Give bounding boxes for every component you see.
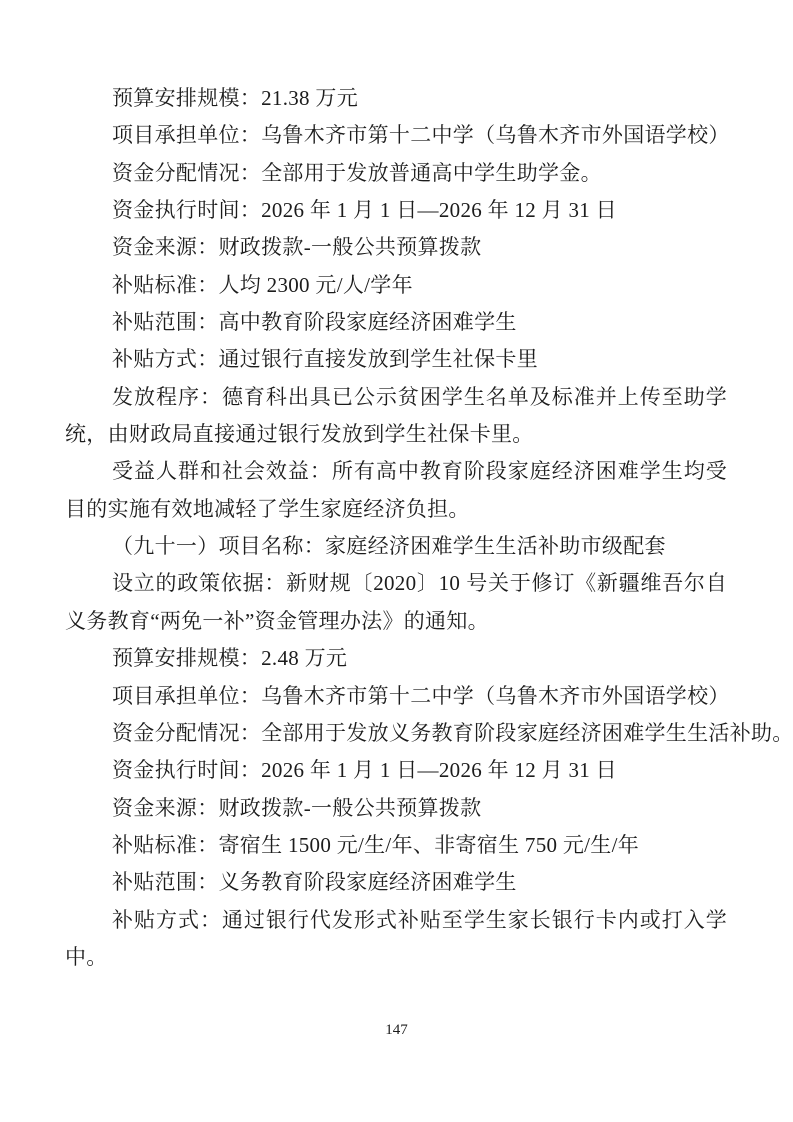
text-line: 义务教育“两免一补”资金管理办法》的通知。: [65, 603, 727, 640]
text-line: 资金分配情况：全部用于发放普通高中学生助学金。: [65, 155, 727, 192]
text-line: 受益人群和社会效益：所有高中教育阶段家庭经济困难学生均受益，该项: [65, 453, 727, 490]
text-line: 资金执行时间：2026 年 1 月 1 日—2026 年 12 月 31 日: [65, 192, 727, 229]
text-line: 统，由财政局直接通过银行发放到学生社保卡里。: [65, 416, 727, 453]
text-line: 目的实施有效地减轻了学生家庭经济负担。: [65, 491, 727, 528]
document-body: 预算安排规模：21.38 万元项目承担单位：乌鲁木齐市第十二中学（乌鲁木齐市外国…: [65, 80, 727, 976]
text-line: 项目承担单位：乌鲁木齐市第十二中学（乌鲁木齐市外国语学校）: [65, 117, 727, 154]
text-line: 补贴范围：高中教育阶段家庭经济困难学生: [65, 304, 727, 341]
text-line: 资金来源：财政拨款-一般公共预算拨款: [65, 229, 727, 266]
text-line: 预算安排规模：2.48 万元: [65, 640, 727, 677]
text-line: （九十一）项目名称：家庭经济困难学生生活补助市级配套: [65, 528, 727, 565]
text-line: 项目承担单位：乌鲁木齐市第十二中学（乌鲁木齐市外国语学校）: [65, 678, 727, 715]
text-line: 补贴标准：人均 2300 元/人/学年: [65, 267, 727, 304]
page-footer: 147: [0, 1021, 793, 1039]
text-line: 补贴方式：通过银行直接发放到学生社保卡里: [65, 341, 727, 378]
text-line: 中。: [65, 939, 727, 976]
text-line: 资金来源：财政拨款-一般公共预算拨款: [65, 790, 727, 827]
text-line: 补贴方式：通过银行代发形式补贴至学生家长银行卡内或打入学生饭卡: [65, 902, 727, 939]
page-number: 147: [385, 1022, 408, 1038]
text-line: 补贴范围：义务教育阶段家庭经济困难学生: [65, 864, 727, 901]
text-line: 资金分配情况：全部用于发放义务教育阶段家庭经济困难学生生活补助。: [65, 715, 727, 752]
document-page: 预算安排规模：21.38 万元项目承担单位：乌鲁木齐市第十二中学（乌鲁木齐市外国…: [0, 0, 793, 1122]
text-line: 设立的政策依据：新财规〔2020〕10 号关于修订《新疆维吾尔自治区城乡: [65, 565, 727, 602]
text-line: 补贴标准：寄宿生 1500 元/生/年、非寄宿生 750 元/生/年: [65, 827, 727, 864]
text-line: 资金执行时间：2026 年 1 月 1 日—2026 年 12 月 31 日: [65, 752, 727, 789]
text-line: 发放程序：德育科出具已公示贫困学生名单及标准并上传至助学金资助系: [65, 379, 727, 416]
text-line: 预算安排规模：21.38 万元: [65, 80, 727, 117]
